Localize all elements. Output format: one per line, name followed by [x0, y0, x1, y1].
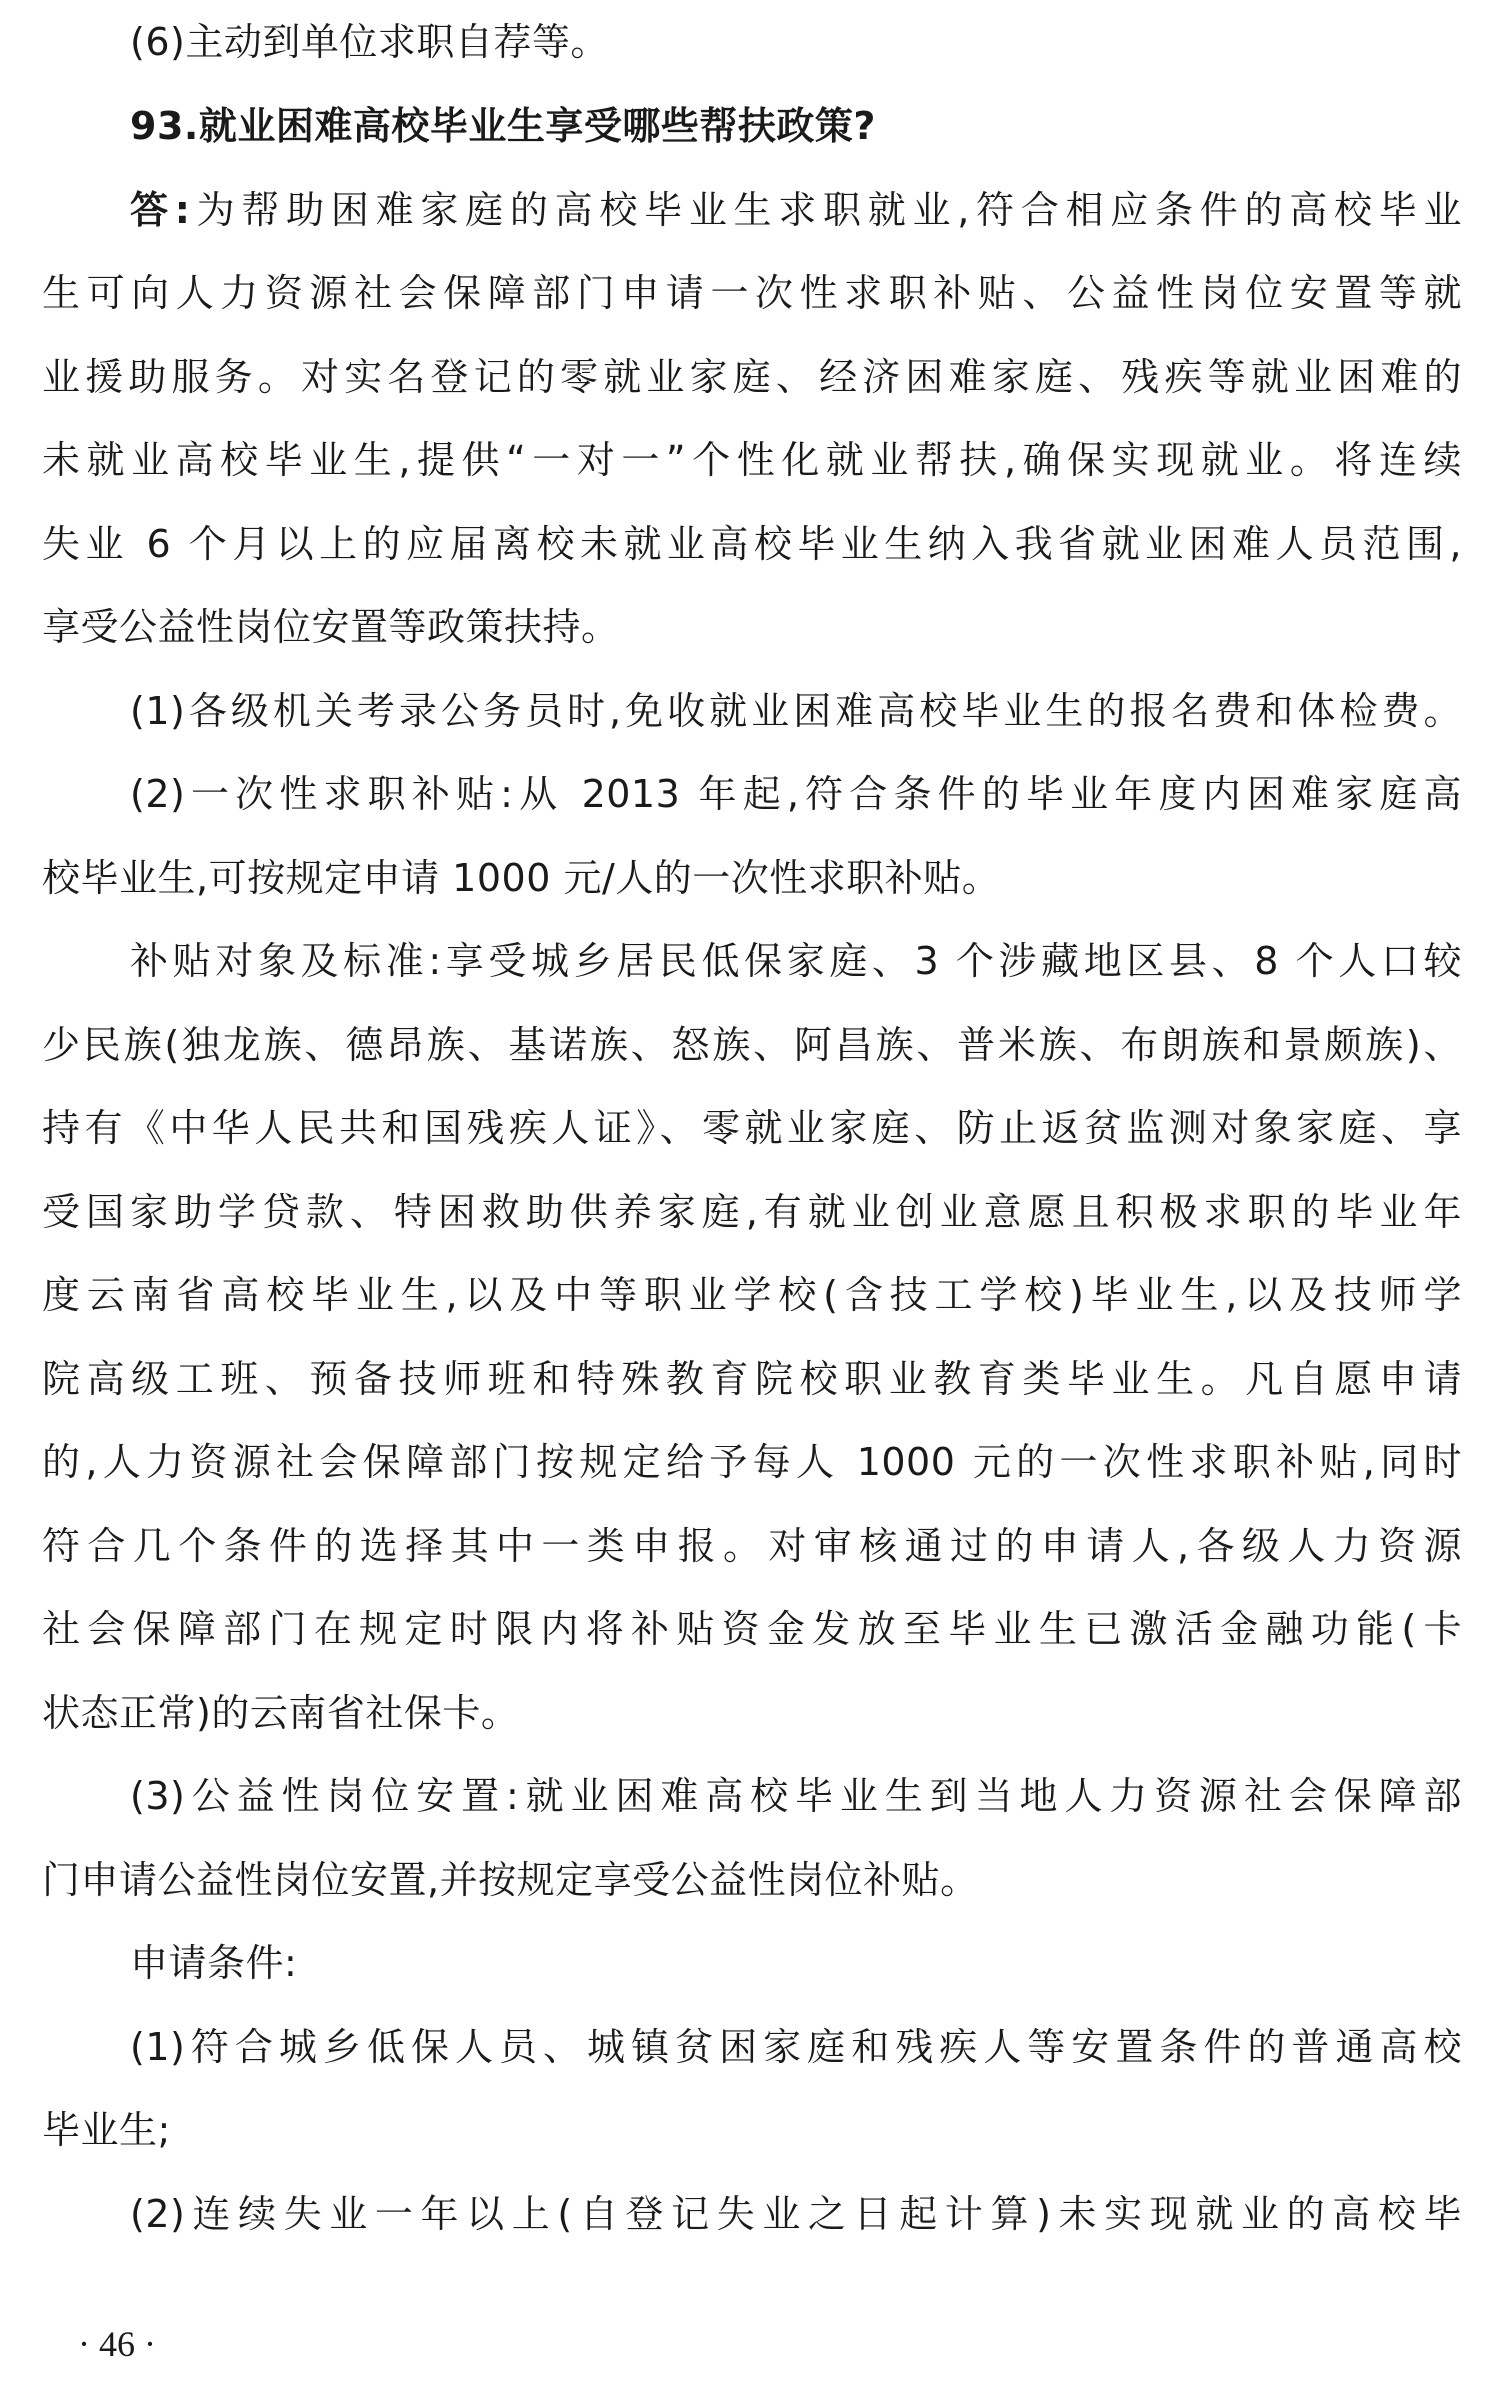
paragraph-line: 持有《中华人民共和国残疾人证》、零就业家庭、防止返贫监测对象家庭、享 [42, 1103, 1462, 1153]
question-heading: 93.就业困难高校毕业生享受哪些帮扶政策? [130, 101, 1462, 151]
page-number: · 46 · [78, 2322, 156, 2366]
answer-paragraph-line: 答:为帮助困难家庭的高校毕业生求职就业,符合相应条件的高校毕业 [130, 185, 1462, 235]
paragraph-line: 失业 6 个月以上的应届离校未就业高校毕业生纳入我省就业困难人员范围, [42, 519, 1462, 569]
paragraph-line: 度云南省高校毕业生,以及中等职业学校(含技工学校)毕业生,以及技师学 [42, 1270, 1462, 1320]
answer-label: 答: [130, 188, 190, 232]
paragraph-line: 业援助服务。对实名登记的零就业家庭、经济困难家庭、残疾等就业困难的 [42, 352, 1462, 402]
paragraph-line: 享受公益性岗位安置等政策扶持。 [42, 602, 1462, 652]
list-item-2: (2)一次性求职补贴:从 2013 年起,符合条件的毕业年度内困难家庭高 [130, 769, 1462, 819]
paragraph-line: 毕业生; [42, 2105, 1462, 2155]
paragraph-line: 生可向人力资源社会保障部门申请一次性求职补贴、公益性岗位安置等就 [42, 268, 1462, 318]
paragraph-line: 校毕业生,可按规定申请 1000 元/人的一次性求职补贴。 [42, 853, 1462, 903]
paragraph-line: 受国家助学贷款、特困救助供养家庭,有就业创业意愿且积极求职的毕业年 [42, 1187, 1462, 1237]
answer-text: 为帮助困难家庭的高校毕业生求职就业,符合相应条件的高校毕业 [190, 188, 1462, 232]
list-item-1: (1)各级机关考录公务员时,免收就业困难高校毕业生的报名费和体检费。 [130, 686, 1462, 736]
paragraph-line: 的,人力资源社会保障部门按规定给予每人 1000 元的一次性求职补贴,同时 [42, 1437, 1462, 1487]
condition-item-2: (2)连续失业一年以上(自登记失业之日起计算)未实现就业的高校毕 [130, 2189, 1462, 2239]
paragraph-line: 门申请公益性岗位安置,并按规定享受公益性岗位补贴。 [42, 1855, 1462, 1905]
subsidy-paragraph-line: 补贴对象及标准:享受城乡居民低保家庭、3 个涉藏地区县、8 个人口较 [130, 936, 1462, 986]
paragraph-line: 院高级工班、预备技师班和特殊教育院校职业教育类毕业生。凡自愿申请 [42, 1354, 1462, 1404]
list-item-3: (3)公益性岗位安置:就业困难高校毕业生到当地人力资源社会保障部 [130, 1771, 1462, 1821]
paragraph-line: 状态正常)的云南省社保卡。 [42, 1688, 1462, 1738]
list-item-6: (6)主动到单位求职自荐等。 [130, 17, 1462, 67]
conditions-heading: 申请条件: [130, 1938, 1462, 1988]
condition-item-1: (1)符合城乡低保人员、城镇贫困家庭和残疾人等安置条件的普通高校 [130, 2022, 1462, 2072]
document-page: (6)主动到单位求职自荐等。 93.就业困难高校毕业生享受哪些帮扶政策? 答:为… [0, 0, 1499, 2395]
paragraph-line: 社会保障部门在规定时限内将补贴资金发放至毕业生已激活金融功能(卡 [42, 1604, 1462, 1654]
paragraph-line: 未就业高校毕业生,提供“一对一”个性化就业帮扶,确保实现就业。将连续 [42, 435, 1462, 485]
paragraph-line: 少民族(独龙族、德昂族、基诺族、怒族、阿昌族、普米族、布朗族和景颇族)、 [42, 1020, 1462, 1070]
paragraph-line: 符合几个条件的选择其中一类申报。对审核通过的申请人,各级人力资源 [42, 1521, 1462, 1571]
